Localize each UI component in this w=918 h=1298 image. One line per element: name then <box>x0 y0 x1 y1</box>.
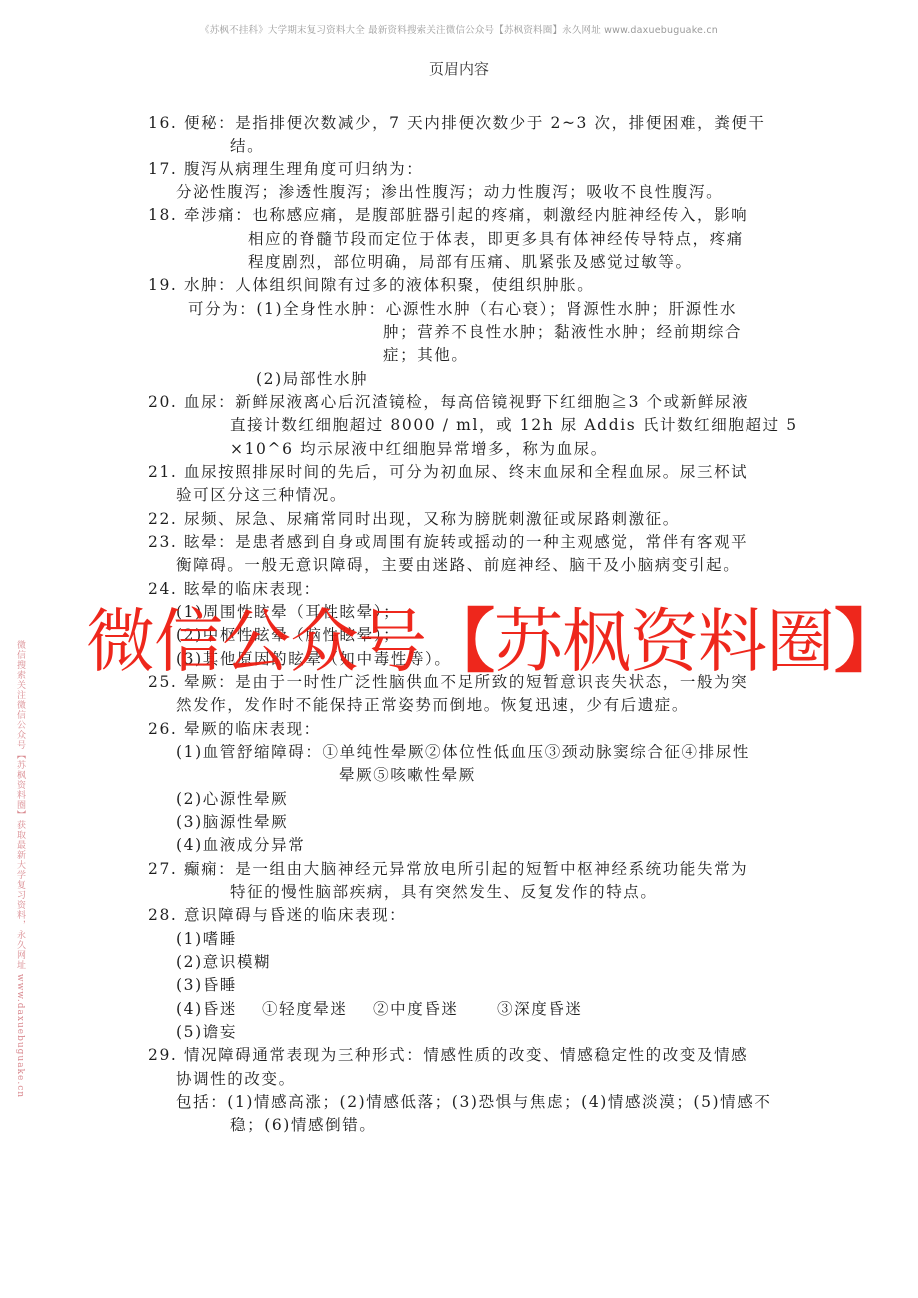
text-line: (2)心源性晕厥 <box>176 789 288 809</box>
text-line: 结。 <box>230 136 264 156</box>
text-line: 然发作，发作时不能保持正常姿势而倒地。恢复迅速，少有后遗症。 <box>176 695 689 715</box>
text-line: 晕厥⑤咳嗽性晕厥 <box>339 765 476 785</box>
text-line: 19. 水肿：人体组织间隙有过多的液体积聚，使组织肿胀。 <box>148 275 594 295</box>
text-line: ②中度昏迷 <box>373 999 459 1019</box>
text-line: ③深度昏迷 <box>497 999 583 1019</box>
text-line: 特征的慢性脑部疾病，具有突然发生、反复发作的特点。 <box>230 882 658 902</box>
text-line: 稳；(6)情感倒错。 <box>230 1115 376 1135</box>
top-banner: 《苏枫不挂科》大学期末复习资料大全 最新资料搜索关注微信公众号【苏枫资料圈】永久… <box>0 22 918 36</box>
page-header: 页眉内容 <box>0 58 918 79</box>
text-line: 衡障碍。一般无意识障碍，主要由迷路、前庭神经、脑干及小脑病变引起。 <box>176 555 740 575</box>
text-line: 直接计数红细胞超过 8000 / ml，或 12h 尿 Addis 氏计数红细胞… <box>230 415 798 435</box>
text-line: 16. 便秘：是指排便次数减少，7 天内排便次数少于 2~3 次，排便困难，粪便… <box>148 113 766 133</box>
text-line: (2)意识模糊 <box>176 952 271 972</box>
text-line: 28. 意识障碍与昏迷的临床表现： <box>148 905 406 925</box>
text-line: 22. 尿频、尿急、尿痛常同时出现，又称为膀胱刺激征或尿路刺激征。 <box>148 509 680 529</box>
text-line: (3)昏睡 <box>176 975 237 995</box>
text-line: 程度剧烈，部位明确，局部有压痛、肌紧张及感觉过敏等。 <box>248 252 693 272</box>
text-line: ×10^6 均示尿液中红细胞异常增多，称为血尿。 <box>230 439 608 459</box>
watermark-open-bracket: 【 <box>426 602 494 682</box>
text-line: 肿；营养不良性水肿；黏液性水肿；经前期综合 <box>383 322 742 342</box>
text-line: 相应的脊髓节段而定位于体表，即更多具有体神经传导特点，疼痛 <box>248 229 744 249</box>
text-line: 24. 眩晕的临床表现： <box>148 579 321 599</box>
text-line: 26. 晕厥的临床表现： <box>148 719 321 739</box>
text-line: 23. 眩晕：是患者感到自身或周围有旋转或摇动的一种主观感觉，常伴有客观平 <box>148 532 748 552</box>
text-line: 27. 癫痫：是一组由大脑神经元异常放电所引起的短暂中枢神经系统功能失常为 <box>148 859 748 879</box>
text-line: (1)血管舒缩障碍：①单纯性晕厥②体位性低血压③颈动脉窦综合征④排尿性 <box>176 742 750 762</box>
text-line: 18. 牵涉痛：也称感应痛，是腹部脏器引起的疼痛，刺激经内脏神经传入，影响 <box>148 205 748 225</box>
watermark-prefix: 微信公众号 <box>86 602 426 682</box>
text-line: 20. 血尿：新鲜尿液离心后沉渣镜检，每高倍镜视野下红细胞≧3 个或新鲜尿液 <box>148 392 749 412</box>
text-line: (4)血液成分异常 <box>176 835 305 855</box>
text-line: 21. 血尿按照排尿时间的先后，可分为初血尿、终末血尿和全程血尿。尿三杯试 <box>148 462 748 482</box>
text-line: 包括：(1)情感高涨；(2)情感低落；(3)恐惧与焦虑；(4)情感淡漠；(5)情… <box>176 1092 771 1112</box>
text-line: (1)嗜睡 <box>176 929 237 949</box>
text-line: ①轻度晕迷 <box>262 999 348 1019</box>
text-line: 29. 情况障碍通常表现为三种形式：情感性质的改变、情感稳定性的改变及情感 <box>148 1045 748 1065</box>
text-line: 17. 腹泻从病理生理角度可归纳为： <box>148 159 423 179</box>
watermark-name: 苏枫资料圈 <box>494 602 834 682</box>
text-line: 症；其他。 <box>383 345 469 365</box>
text-line: (2)局部性水肿 <box>256 369 368 389</box>
text-line: 分泌性腹泻；渗透性腹泻；渗出性腹泻；动力性腹泻；吸收不良性腹泻。 <box>176 182 723 202</box>
watermark-close-bracket: 】 <box>834 602 902 682</box>
text-line: (3)脑源性晕厥 <box>176 812 288 832</box>
text-line: (4)昏迷 <box>176 999 237 1019</box>
text-line: (5)谵妄 <box>176 1022 237 1042</box>
text-line: 可分为：(1)全身性水肿：心源性水肿（右心衰）；肾源性水肿；肝源性水 <box>188 299 737 319</box>
text-line: 协调性的改变。 <box>176 1069 296 1089</box>
text-line: 验可区分这三种情况。 <box>176 485 347 505</box>
watermark: 微信公众号【苏枫资料圈】 <box>86 604 786 680</box>
side-margin-note: 微信搜索关注微信公众号【苏枫资料圈】获取最新大学复习资料，永久网址 www.da… <box>14 640 27 1098</box>
